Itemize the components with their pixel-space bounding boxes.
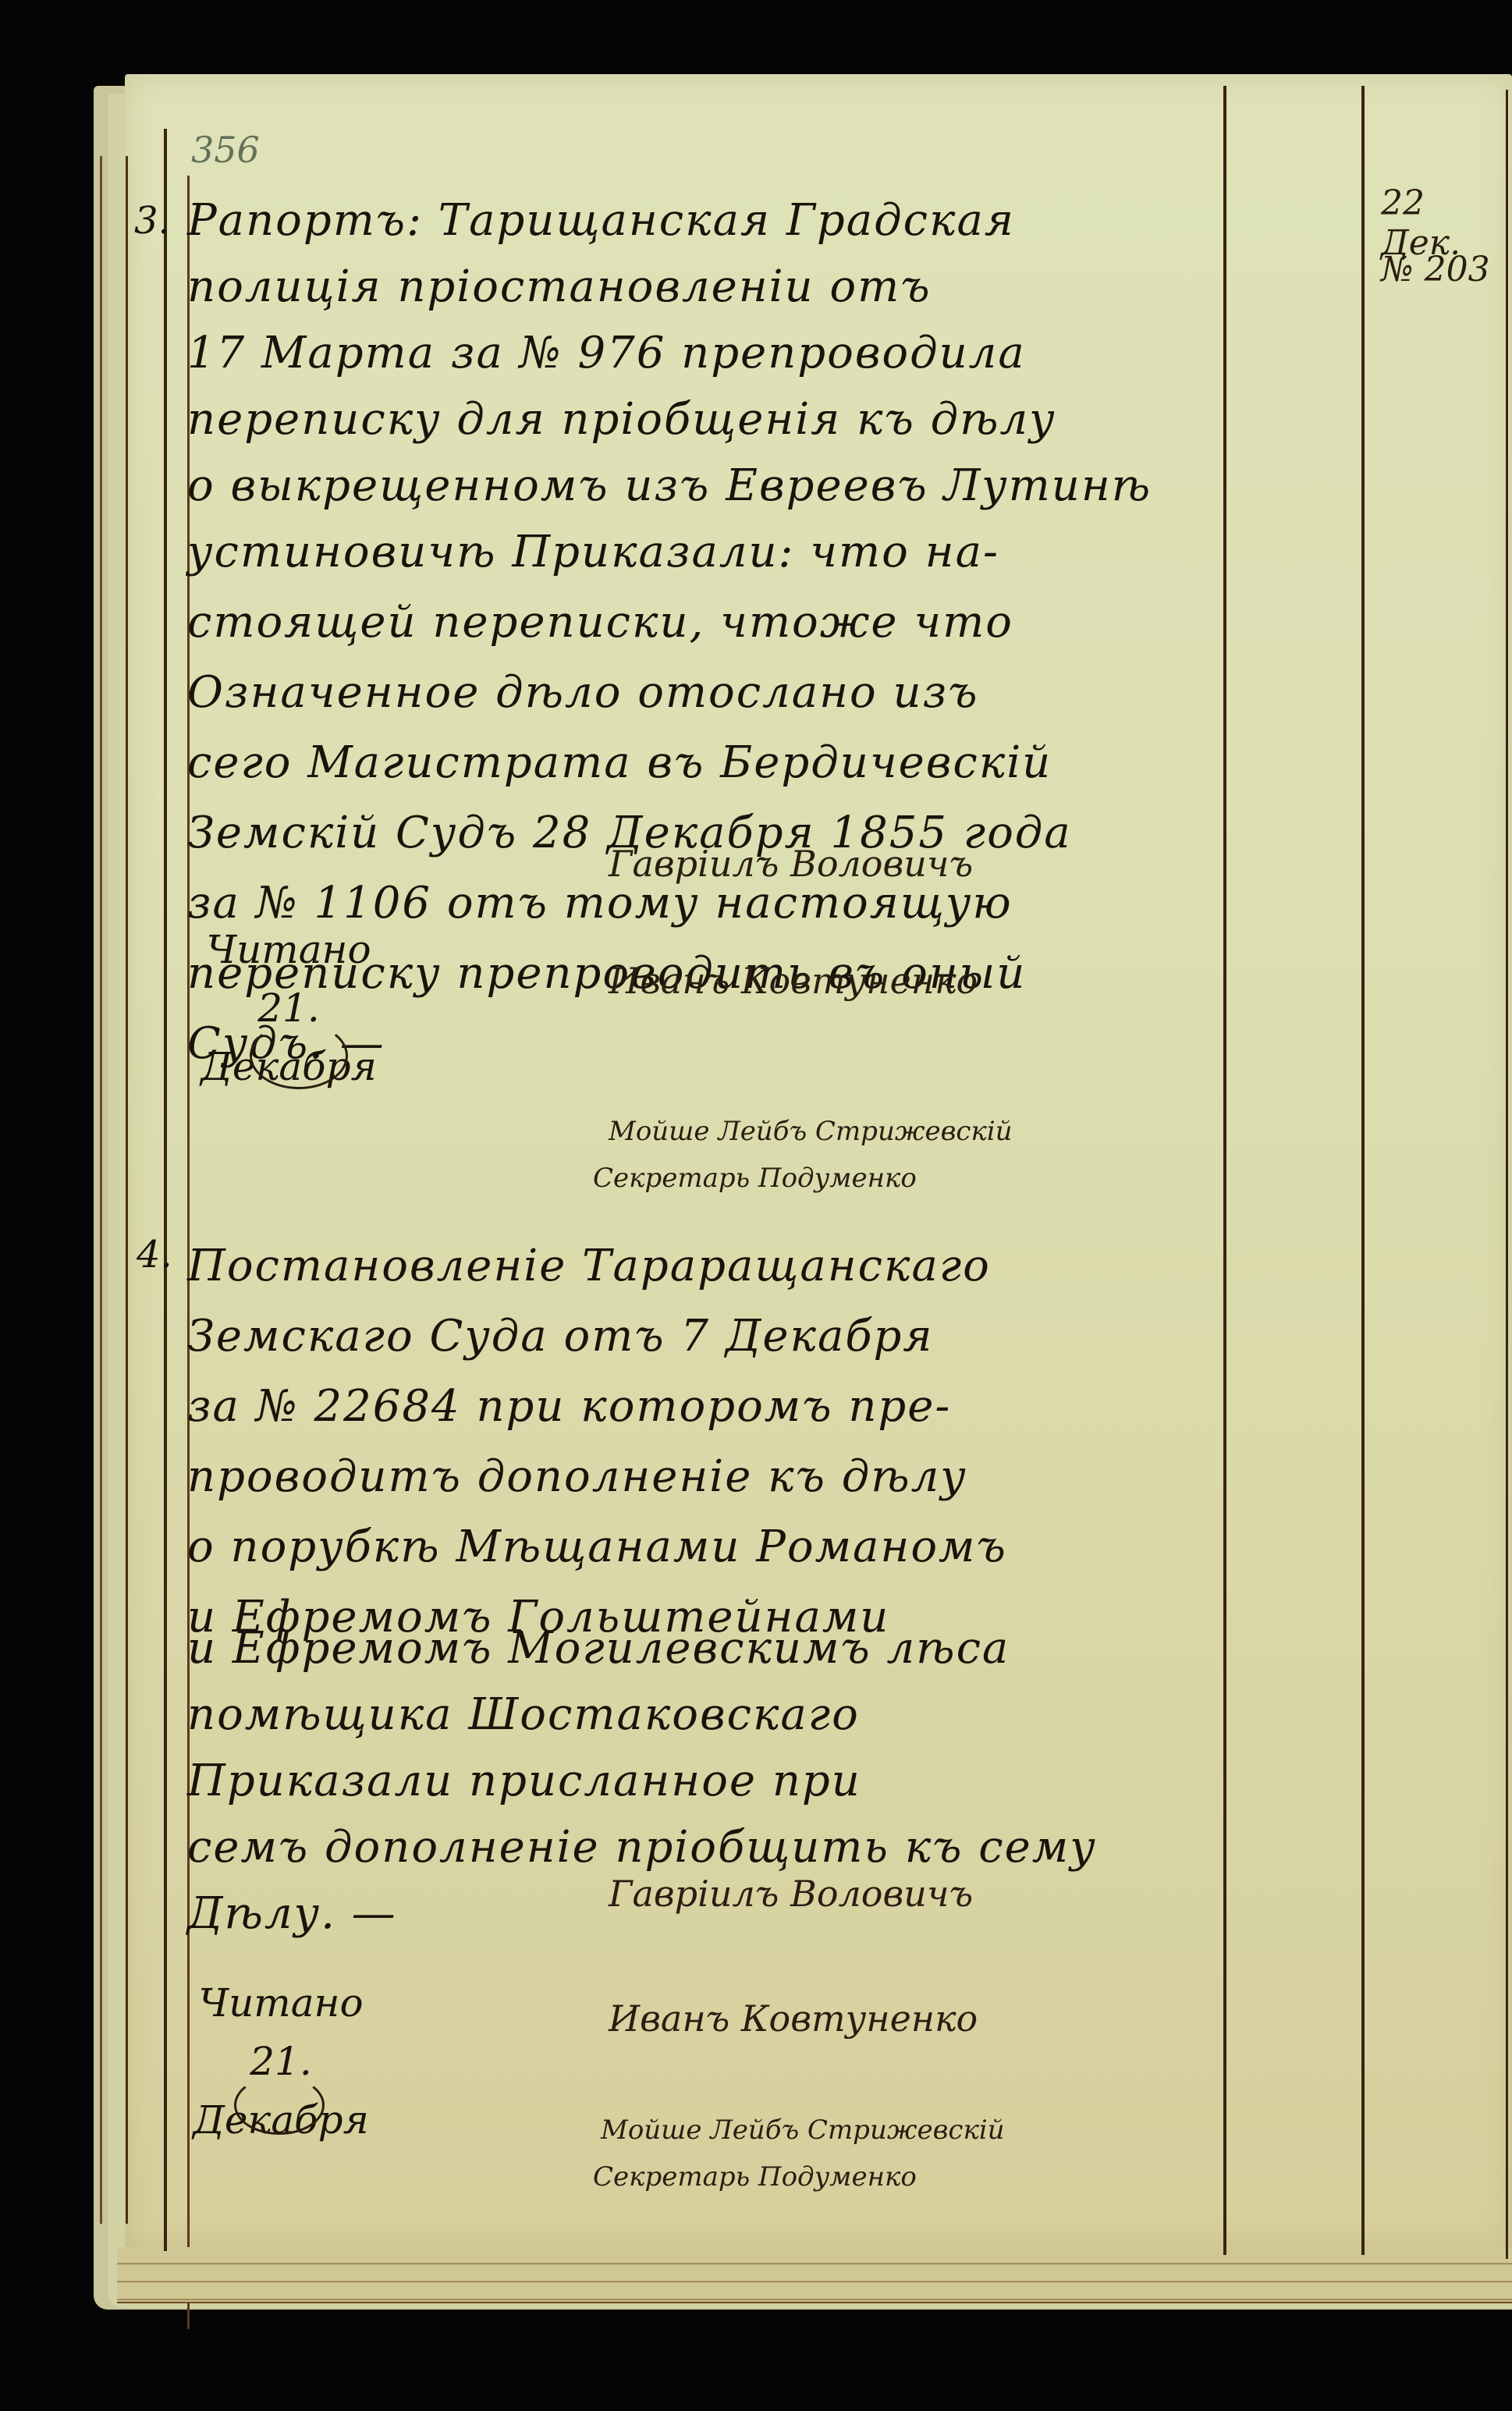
text-line: за № 22684 при которомъ пре-: [187, 1381, 951, 1432]
text-line: Земскаго Суда отъ 7 Декабря: [187, 1311, 933, 1362]
text-line: стоящей переписки, чтоже что: [187, 597, 1013, 648]
flourish-decoration: [250, 1022, 348, 1089]
text-line: о порубкѣ Мѣщанами Романомъ: [187, 1522, 1007, 1572]
column-rule-2: [1361, 86, 1365, 2255]
folio-stamp: 356: [191, 129, 260, 171]
flourish-decoration: [234, 2075, 325, 2135]
margin-number: № 203: [1381, 250, 1490, 289]
text-line: и Ефремомъ Могилевскимъ лѣса: [187, 1623, 1010, 1674]
read-note-word: Читано: [195, 921, 382, 979]
column-rule-1: [1223, 86, 1226, 2255]
text-line: Постановленіе Тараращанскаго: [187, 1241, 991, 1291]
text-line: проводитъ дополненіе къ дѣлу: [187, 1451, 967, 1502]
signature-secretary: Секретарь Подуменко: [593, 1163, 917, 1194]
text-line: о выкрещенномъ изъ Евреевъ Лутинѣ: [187, 460, 1152, 511]
text-line: 17 Марта за № 976 препроводила: [187, 328, 1026, 378]
text-line: Приказали присланное при: [187, 1756, 861, 1806]
column-rule-right: [1506, 90, 1508, 2259]
read-note-word: Читано: [179, 1974, 382, 2033]
signature-secretary: Секретарь Подуменко: [593, 2161, 917, 2193]
text-line: полиція пріостановленіи отъ: [187, 261, 932, 312]
text-line: Означенное дѣло отослано изъ: [187, 667, 978, 718]
signature-strizhevsky: Мойше Лейбъ Стрижевскій: [601, 2115, 1005, 2146]
margin-rule: [164, 129, 167, 2251]
text-line: семъ дополненіе пріобщить къ сему: [187, 1822, 1097, 1873]
signature-kovtunenko: Иванъ Ковтуненко: [609, 1997, 978, 2040]
signature-kovtunenko: Иванъ Ковтуненко: [609, 960, 978, 1002]
text-line: устиновичѣ Приказали: что на-: [187, 527, 999, 577]
entry-number: 4.: [137, 1233, 172, 1277]
entry-number: 3.: [134, 199, 170, 243]
text-line: Рапортъ: Тарищанская Градская: [187, 195, 1015, 246]
stacked-page-left-edges: [100, 156, 128, 2224]
signature-volovich: Гавріилъ Воловичъ: [609, 843, 973, 885]
signature-volovich: Гавріилъ Воловичъ: [609, 1873, 973, 1915]
stacked-page-edges: [117, 2247, 1512, 2303]
text-line: Дѣлу. —: [187, 1888, 397, 1939]
text-line: переписку для пріобщенія къ дѣлу: [187, 394, 1056, 445]
signature-strizhevsky: Мойше Лейбъ Стрижевскій: [609, 1116, 1013, 1147]
text-line: сего Магистрата въ Бердичевскій: [187, 737, 1052, 788]
text-line: помѣщика Шостаковскаго: [187, 1689, 860, 1740]
